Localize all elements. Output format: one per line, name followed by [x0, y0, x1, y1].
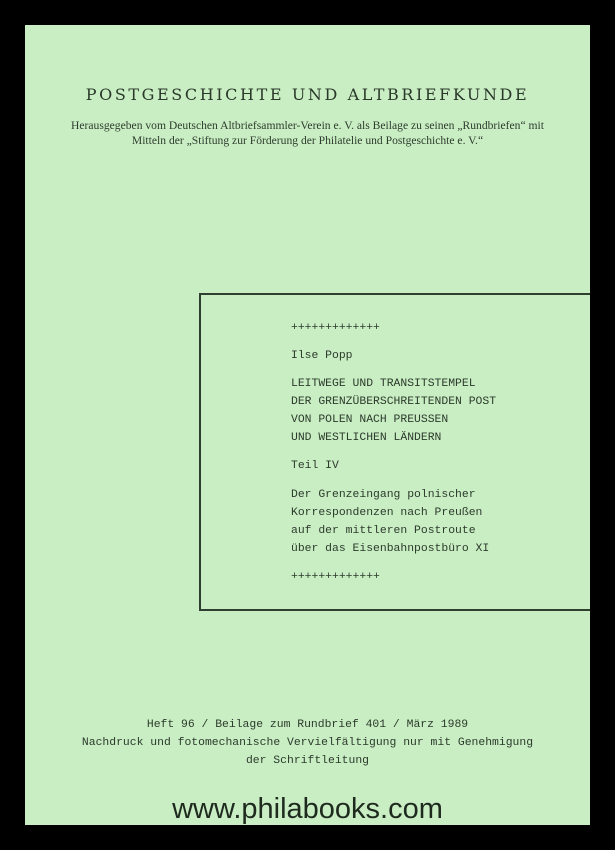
series-title: POSTGESCHICHTE UND ALTBRIEFKUNDE [25, 85, 590, 104]
watermark-url: www.philabooks.com [25, 793, 590, 825]
subtitle-line-4: über das Eisenbahnpostbüro XI [291, 543, 489, 555]
subtitle-line-1: Der Grenzeingang polnischer [291, 489, 476, 501]
copyright-notice: Nachdruck und fotomechanische Vervielfäl… [25, 737, 590, 749]
article-title-line-3: VON POLEN NACH PREUSSEN [291, 414, 448, 426]
title-frame [199, 293, 590, 611]
part-label: Teil IV [291, 460, 339, 472]
article-title-line-4: UND WESTLICHEN LÄNDERN [291, 432, 441, 444]
article-title-line-1: LEITWEGE UND TRANSITSTEMPEL [291, 378, 476, 390]
publisher-line-1: Herausgegeben vom Deutschen Altbriefsamm… [25, 119, 590, 132]
issue-info: Heft 96 / Beilage zum Rundbrief 401 / Mä… [25, 719, 590, 731]
copyright-notice-cont: der Schriftleitung [25, 755, 590, 767]
subtitle-line-3: auf der mittleren Postroute [291, 525, 476, 537]
separator-bottom: +++++++++++++ [291, 571, 380, 583]
article-title-line-2: DER GRENZÜBERSCHREITENDEN POST [291, 396, 496, 408]
separator-top: +++++++++++++ [291, 322, 380, 334]
subtitle-line-2: Korrespondenzen nach Preußen [291, 507, 482, 519]
publisher-line-2: Mitteln der „Stiftung zur Förderung der … [25, 134, 590, 147]
author-name: Ilse Popp [291, 350, 353, 362]
document-cover: POSTGESCHICHTE UND ALTBRIEFKUNDE Herausg… [25, 25, 590, 825]
